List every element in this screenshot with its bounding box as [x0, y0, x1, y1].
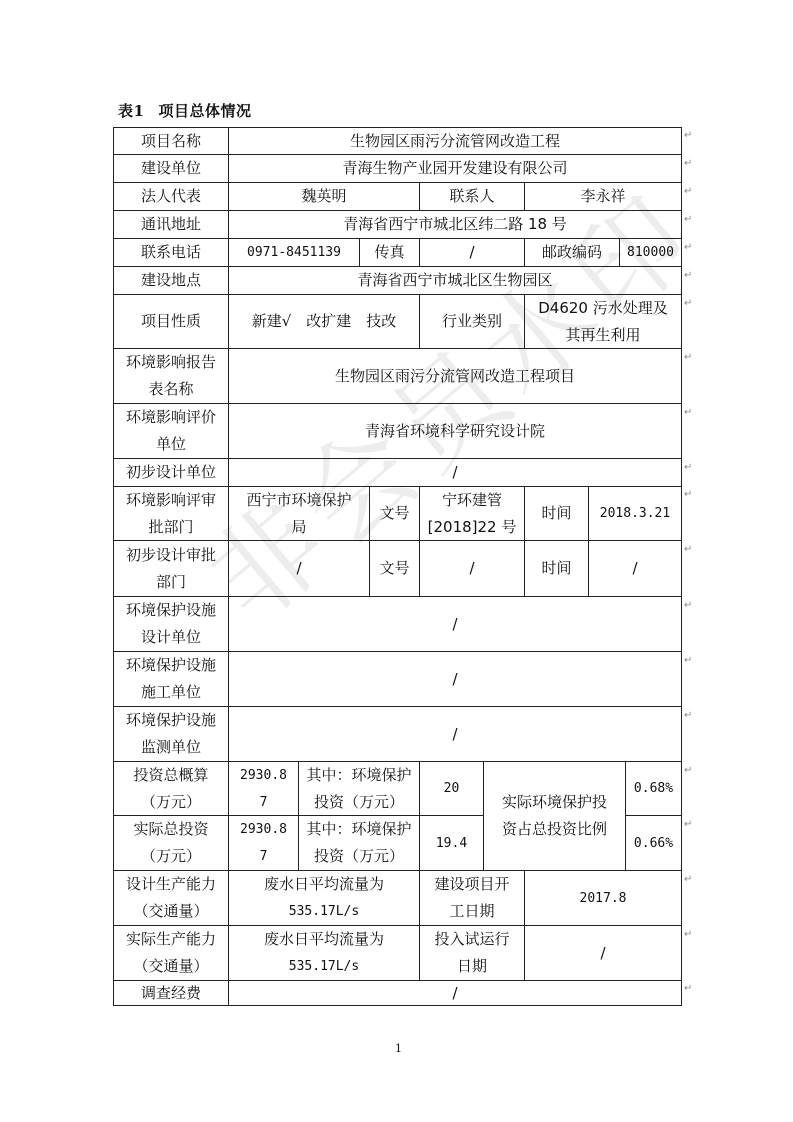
label-legal-rep: 法人代表 [113, 182, 229, 211]
label-actual-capacity: 实际生产能力（交通量） [113, 925, 229, 981]
label-address: 通讯地址 [113, 210, 229, 239]
value-actual-invest: 2930.87 [228, 815, 299, 871]
label-fax: 传真 [359, 238, 420, 267]
value-prelim-design-unit: / [228, 458, 682, 487]
value-prelim-time: / [588, 540, 682, 597]
value-design-capacity: 废水日平均流量为535.17L/s [228, 870, 420, 926]
label-industry: 行业类别 [419, 294, 525, 349]
value-contact: 李永祥 [524, 182, 682, 211]
paragraph-mark: ↵ [684, 462, 692, 473]
value-builder: 青海生物产业园开发建设有限公司 [228, 154, 682, 183]
label-env-build-unit: 环境保护设施施工单位 [113, 651, 229, 707]
label-env-monitor-unit: 环境保护设施监测单位 [113, 706, 229, 762]
label-budget: 投资总概算（万元） [113, 761, 229, 816]
paragraph-mark: ↵ [684, 270, 692, 281]
paragraph-mark: ↵ [684, 874, 692, 885]
table-title-text: 项目总体情况 [158, 102, 251, 120]
table-number: 表1 [118, 102, 144, 120]
label-actual-invest: 实际总投资（万元） [113, 815, 229, 871]
label-start-date: 建设项目开工日期 [419, 870, 525, 926]
label-env-ratio: 实际环境保护投资占总投资比例 [483, 761, 626, 871]
label-phone: 联系电话 [113, 238, 229, 267]
value-eia-unit: 青海省环境科学研究设计院 [228, 403, 682, 459]
paragraph-mark: ↵ [684, 765, 692, 776]
label-eia-approval: 环境影响评审批部门 [113, 486, 229, 541]
value-prelim-approval-dept: / [228, 540, 370, 597]
value-survey-cost: / [228, 980, 682, 1006]
value-fax: / [419, 238, 525, 267]
paragraph-mark: ↵ [684, 710, 692, 721]
label-postcode: 邮政编码 [524, 238, 620, 267]
value-env-build-unit: / [228, 651, 682, 707]
label-eia-unit: 环境影响评价单位 [113, 403, 229, 459]
paragraph-mark: ↵ [684, 655, 692, 666]
value-site: 青海省西宁市城北区生物园区 [228, 266, 682, 295]
value-prelim-doc: / [419, 540, 525, 597]
label-eia-report: 环境影响报告表名称 [113, 348, 229, 404]
value-budget-env: 20 [419, 761, 484, 816]
paragraph-mark: ↵ [684, 819, 692, 830]
paragraph-mark: ↵ [684, 544, 692, 555]
value-eia-time: 2018.3.21 [588, 486, 682, 541]
paragraph-mark: ↵ [684, 929, 692, 940]
value-start-date: 2017.8 [524, 870, 682, 926]
value-phone: 0971-8451139 [228, 238, 360, 267]
label-prelim-design-unit: 初步设计单位 [113, 458, 229, 487]
paragraph-mark: ↵ [684, 130, 692, 141]
value-env-monitor-unit: / [228, 706, 682, 762]
paragraph-mark: ↵ [684, 214, 692, 225]
label-trial-date: 投入试运行日期 [419, 925, 525, 981]
label-project-name: 项目名称 [113, 127, 229, 155]
value-address: 青海省西宁市城北区纬二路 18 号 [228, 210, 682, 239]
value-eia-report: 生物园区雨污分流管网改造工程项目 [228, 348, 682, 404]
value-budget-ratio: 0.68% [625, 761, 682, 816]
label-actual-env: 其中：环境保护投资（万元） [298, 815, 420, 871]
value-actual-env: 19.4 [419, 815, 484, 871]
label-eia-time: 时间 [524, 486, 589, 541]
paragraph-mark: ↵ [684, 489, 692, 500]
label-eia-doc: 文号 [369, 486, 420, 541]
paragraph-mark: ↵ [684, 352, 692, 363]
value-trial-date: / [524, 925, 682, 981]
value-industry: D4620 污水处理及其再生利用 [524, 294, 682, 349]
label-contact: 联系人 [419, 182, 525, 211]
value-legal-rep: 魏英明 [228, 182, 420, 211]
value-nature: 新建√ 改扩建 技改 [228, 294, 420, 349]
label-design-capacity: 设计生产能力（交通量） [113, 870, 229, 926]
page-number: 1 [395, 1042, 402, 1055]
value-project-name: 生物园区雨污分流管网改造工程 [228, 127, 682, 155]
paragraph-mark: ↵ [684, 600, 692, 611]
paragraph-mark: ↵ [684, 186, 692, 197]
paragraph-mark: ↵ [684, 407, 692, 418]
value-postcode: 810000 [619, 238, 682, 267]
label-prelim-doc: 文号 [369, 540, 420, 597]
value-env-design-unit: / [228, 596, 682, 652]
label-prelim-time: 时间 [524, 540, 589, 597]
paragraph-mark: ↵ [684, 983, 692, 994]
label-nature: 项目性质 [113, 294, 229, 349]
paragraph-mark: ↵ [684, 158, 692, 169]
label-prelim-approval: 初步设计审批部门 [113, 540, 229, 597]
value-actual-ratio: 0.66% [625, 815, 682, 871]
paragraph-mark: ↵ [684, 298, 692, 309]
label-env-design-unit: 环境保护设施设计单位 [113, 596, 229, 652]
value-budget: 2930.87 [228, 761, 299, 816]
label-budget-env: 其中：环境保护投资（万元） [298, 761, 420, 816]
value-actual-capacity: 废水日平均流量为535.17L/s [228, 925, 420, 981]
label-builder: 建设单位 [113, 154, 229, 183]
value-eia-approval-dept: 西宁市环境保护局 [228, 486, 370, 541]
value-eia-doc: 宁环建管[2018]22 号 [419, 486, 525, 541]
table-title: 表1项目总体情况 [118, 100, 251, 121]
paragraph-mark: ↵ [684, 242, 692, 253]
label-site: 建设地点 [113, 266, 229, 295]
label-survey-cost: 调查经费 [113, 980, 229, 1006]
